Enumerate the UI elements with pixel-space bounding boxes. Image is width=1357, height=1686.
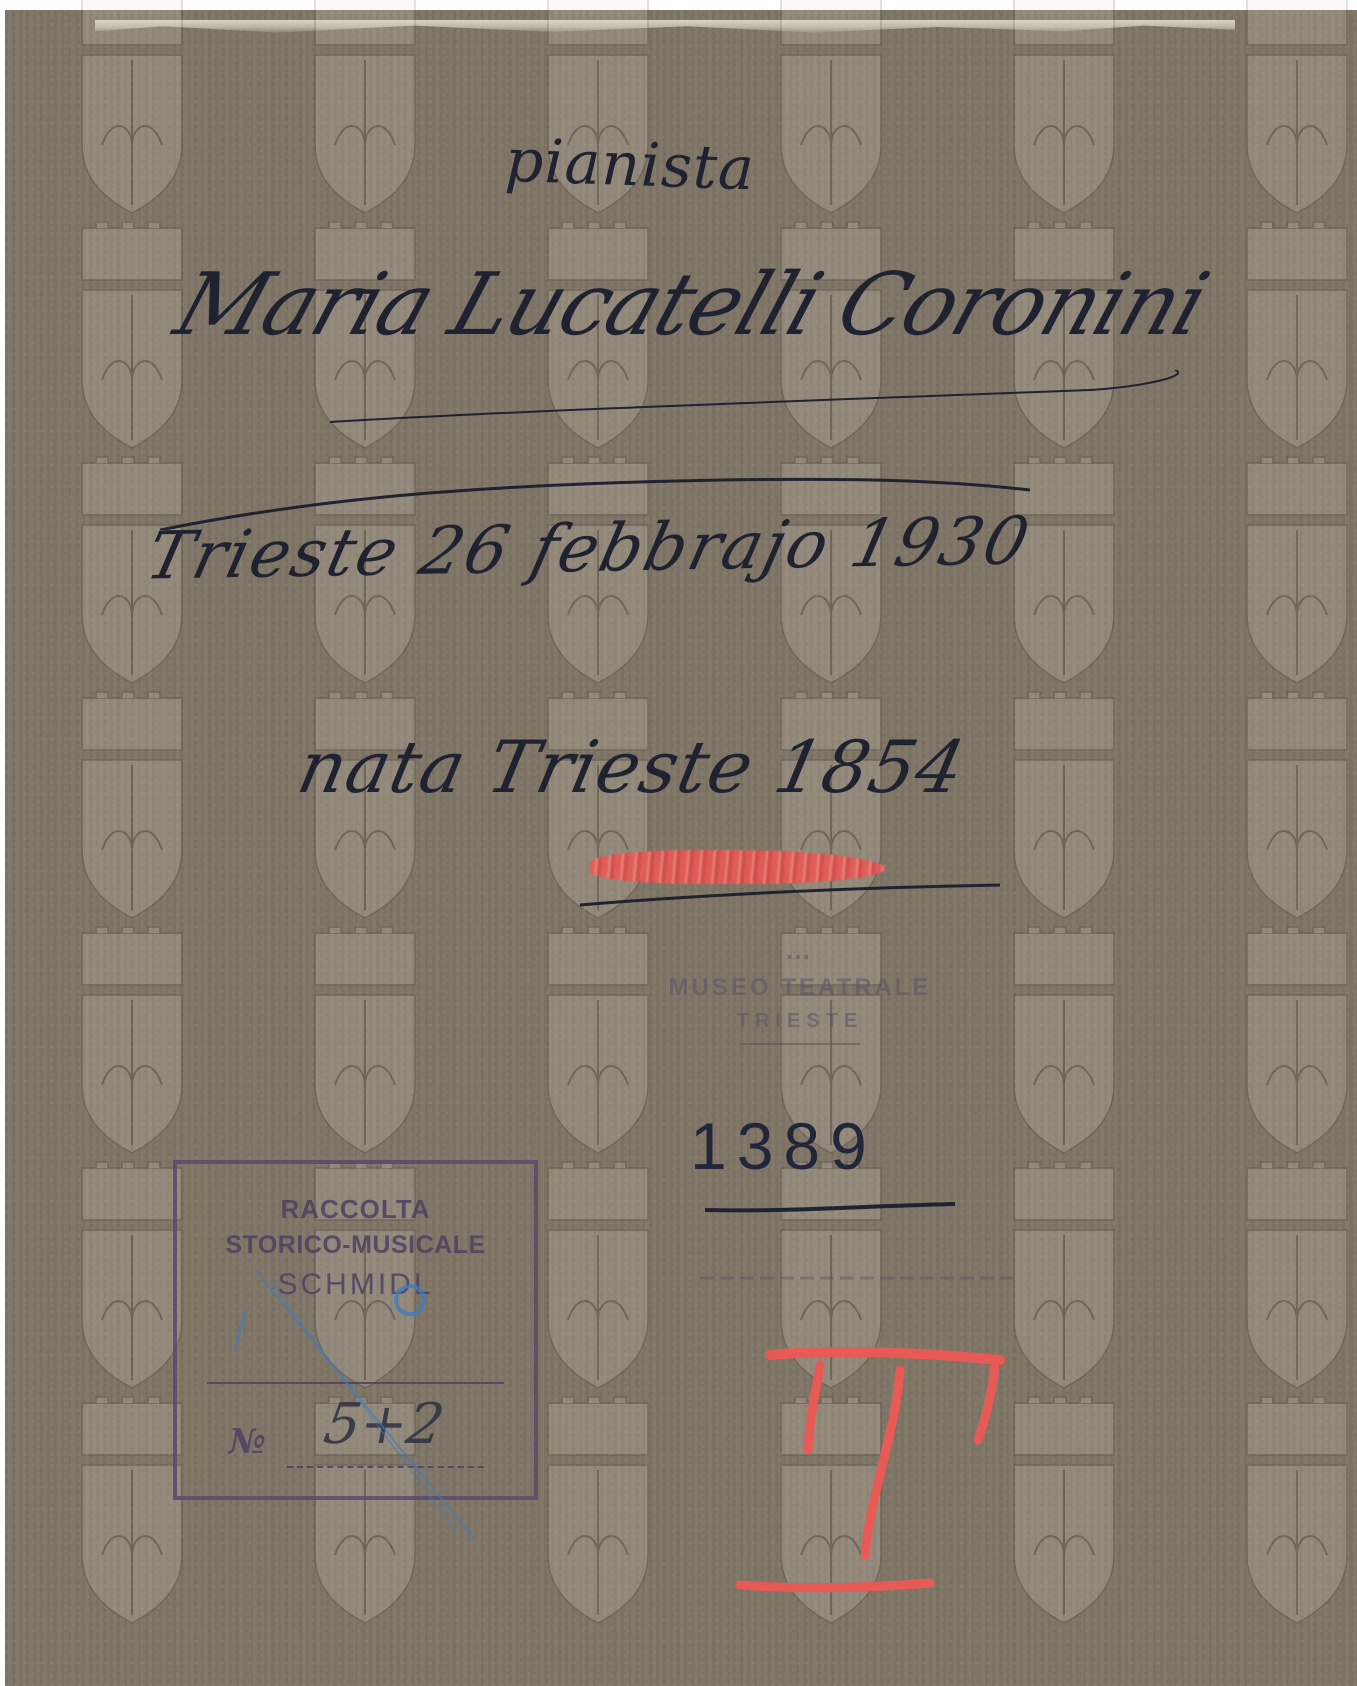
inventory-underline — [705, 1200, 955, 1216]
number-fill-line — [287, 1466, 484, 1468]
schmidl-stamp-line1: RACCOLTA — [177, 1194, 534, 1225]
name-inscription: Maria Lucatelli Coronini — [164, 255, 1219, 355]
schmidl-stamp-line2: STORICO-MUSICALE — [177, 1231, 534, 1260]
faint-stamp-rule — [700, 1270, 1020, 1286]
museum-stamp-line3: TRIESTE — [610, 1010, 990, 1033]
museum-stamp-line1: … — [610, 935, 990, 966]
place-date-inscription: Trieste 26 febbrajo 1930 — [139, 502, 1038, 594]
schmidl-number-value: 5+2 — [319, 1392, 449, 1457]
museum-stamp-line2: MUSEO TEATRALE — [610, 974, 990, 1002]
schmidl-stamp-divider — [207, 1382, 504, 1384]
occupation-inscription: pianista — [504, 126, 756, 205]
number-sign-label: № — [229, 1422, 266, 1462]
name-underline-flourish — [330, 370, 1190, 430]
torn-top-edge — [95, 20, 1235, 34]
schmidl-collection-stamp: RACCOLTA STORICO-MUSICALE SCHMIDL № 5+2 — [173, 1160, 538, 1500]
birth-inscription: nata Trieste 1854 — [291, 725, 973, 809]
museum-teatrale-stamp: … MUSEO TEATRALE TRIESTE — [610, 935, 990, 1085]
schmidl-stamp-line3: SCHMIDL — [177, 1268, 534, 1302]
museum-stamp-rule — [740, 1043, 860, 1045]
birth-underline — [580, 880, 1000, 910]
inventory-number: 1389 — [690, 1108, 877, 1184]
red-crossed-out-scribble — [590, 850, 885, 884]
red-pencil-T-mark — [720, 1335, 1040, 1610]
